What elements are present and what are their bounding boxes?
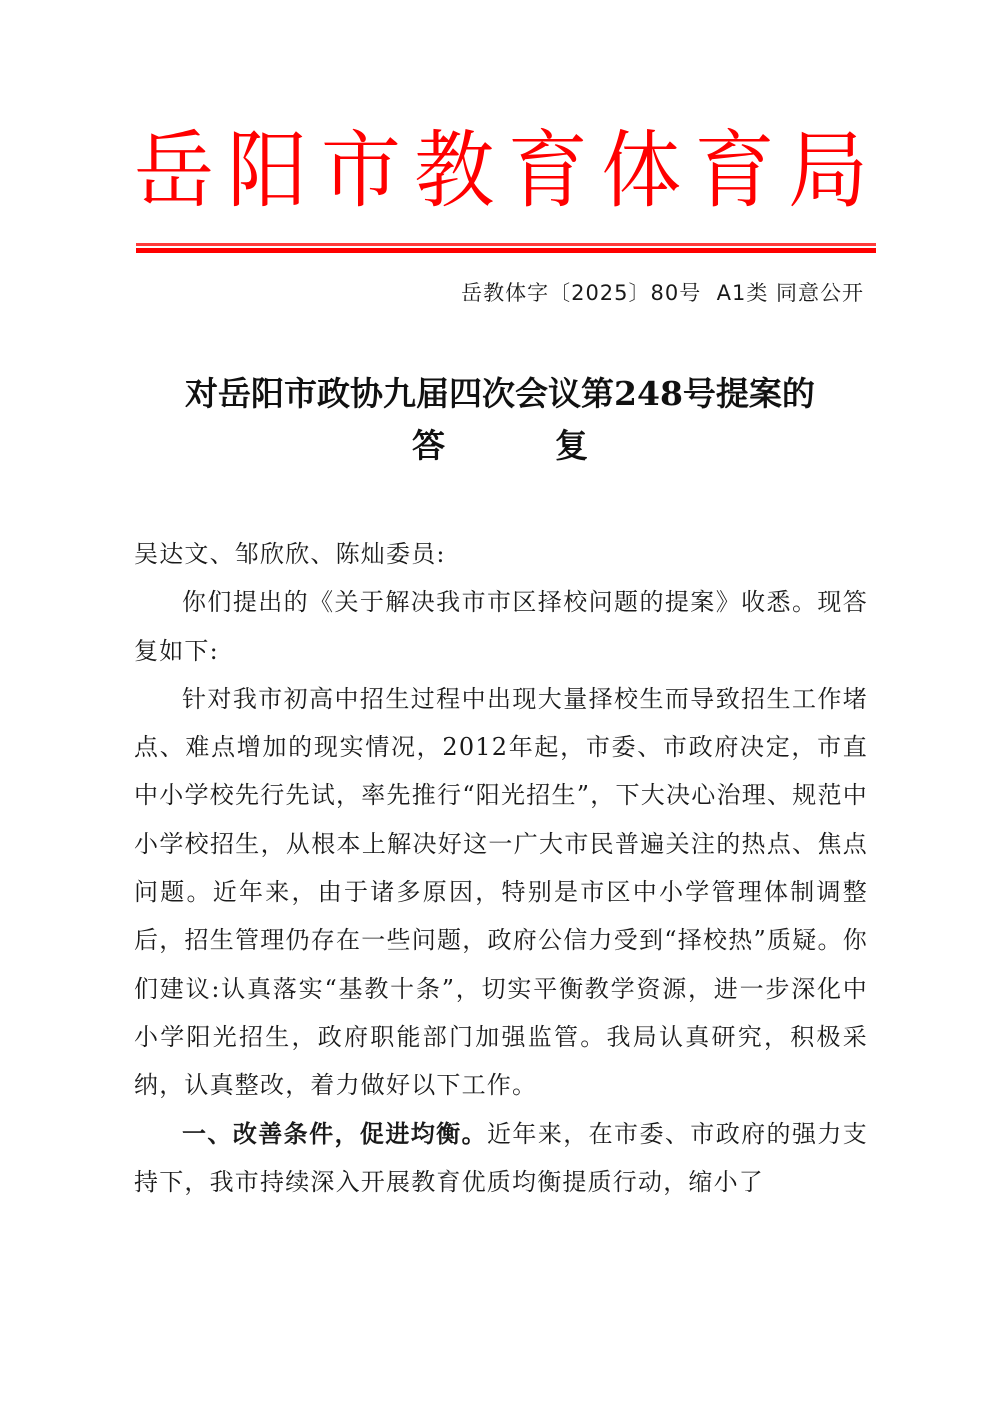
document-number: 岳教体字〔2025〕80号 A1类 同意公开	[461, 277, 864, 307]
org-name-char: 局	[788, 124, 868, 219]
title-char-da: 答	[412, 426, 445, 465]
paragraph-receipt: 你们提出的《关于解决我市市区择校问题的提案》收悉。现答复如下:	[134, 578, 868, 675]
org-name-char: 教	[414, 124, 494, 219]
org-name-char: 岳	[134, 124, 214, 219]
red-rule-thick-line	[136, 248, 876, 253]
org-letterhead: 岳 阳 市 教 育 体 育 局	[134, 126, 868, 216]
document-title-line1: 对岳阳市政协九届四次会议第248号提案的	[0, 368, 1000, 415]
document-title-line2: 答复	[0, 420, 1000, 467]
org-name-char: 育	[508, 124, 588, 219]
paragraph-background: 针对我市初高中招生过程中出现大量择校生而导致招生工作堵点、难点增加的现实情况，2…	[134, 675, 868, 1110]
document-page: 岳 阳 市 教 育 体 育 局 岳教体字〔2025〕80号 A1类 同意公开 对…	[0, 0, 1000, 1414]
org-name-char: 育	[695, 124, 775, 219]
section1-heading: 一、改善条件，促进均衡。	[182, 1120, 487, 1148]
salutation: 吴达文、邹欣欣、陈灿委员:	[134, 530, 868, 578]
red-rule-thin-line	[136, 243, 876, 246]
title-char-fu: 复	[555, 426, 588, 465]
letterhead-red-rule	[136, 243, 876, 253]
org-name-char: 市	[321, 124, 401, 219]
org-name-char: 阳	[227, 124, 307, 219]
org-name-char: 体	[601, 124, 681, 219]
paragraph-section1: 一、改善条件，促进均衡。近年来，在市委、市政府的强力支持下，我市持续深入开展教育…	[134, 1110, 868, 1207]
document-body: 吴达文、邹欣欣、陈灿委员: 你们提出的《关于解决我市市区择校问题的提案》收悉。现…	[134, 530, 868, 1206]
